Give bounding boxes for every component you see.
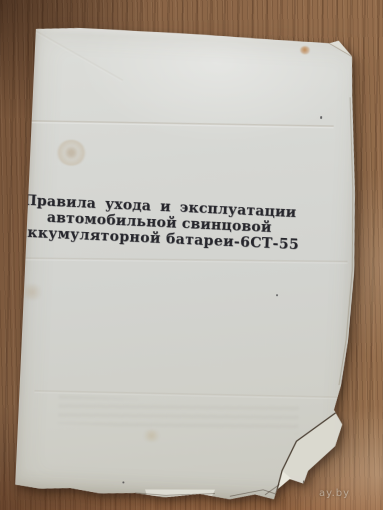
torn-corner-graphic: [15, 26, 368, 507]
booklet-cover: Правила ухода и эксплуатации автомобильн…: [15, 26, 368, 507]
booklet-cover-page: Правила ухода и эксплуатации автомобильн…: [15, 26, 368, 507]
photographed-booklet-scene: Правила ухода и эксплуатации автомобильн…: [0, 0, 383, 510]
watermark-text: ay.by: [319, 488, 350, 499]
